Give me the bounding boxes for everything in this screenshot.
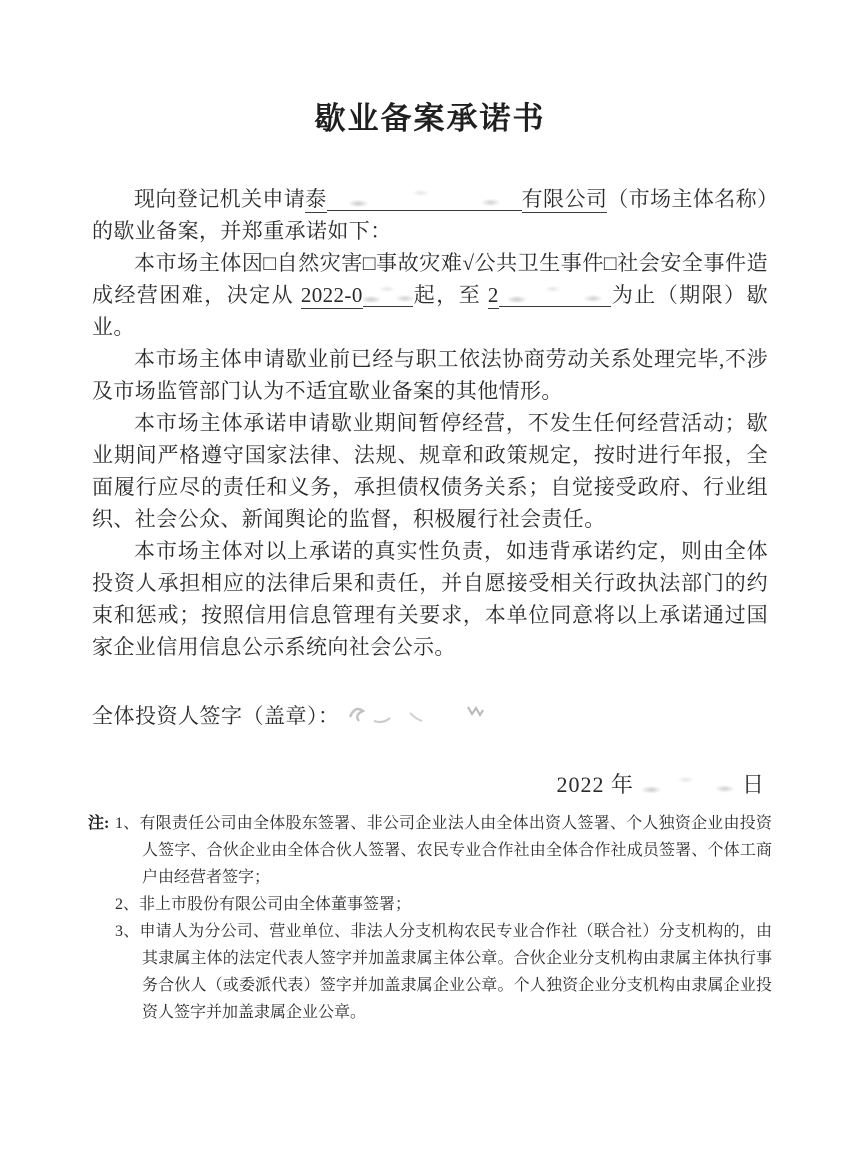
notes-section: 注: 1、有限责任公司由全体股东签署、非公司企业法人由全体出资人签署、个人独资企…	[88, 810, 772, 1026]
notes-label: 注:	[88, 810, 109, 837]
note-item-2: 2、非上市股份有限公司由全体董事签署；	[115, 891, 772, 918]
document-title: 歇业备案承诺书	[0, 100, 860, 138]
signature-row: 全体投资人签字（盖章）：	[92, 693, 860, 744]
paragraph-3: 本市场主体申请歇业前已经与职工依法协商劳动关系处理完毕,不涉及市场监管部门认为不…	[92, 343, 768, 407]
signature-smudge-icon	[340, 693, 510, 733]
underlined-text: 2022-0	[301, 283, 363, 309]
paragraph-4: 本市场主体承诺申请歇业期间暂停经营，不发生任何经营活动；歇业期间严格遵守国家法律…	[92, 407, 768, 535]
note-number: 1、	[115, 815, 139, 832]
date-month-day-redaction	[634, 772, 742, 796]
note-text: 有限责任公司由全体股东签署、非公司企业法人由全体出资人签署、个人独资企业由投资人…	[139, 815, 772, 886]
underlined-text: 2	[488, 283, 499, 309]
paragraph-2: 本市场主体因□自然灾害□事故灾难√公共卫生事件□社会安全事件造成经营困难，决定从…	[92, 247, 768, 343]
text-segment: 本市场主体承诺申请歇业期间暂停经营，不发生任何经营活动；歇业期间严格遵守国家法律…	[92, 411, 768, 531]
underlined-text: 泰	[305, 187, 326, 213]
note-text: 非上市股份有限公司由全体董事签署；	[139, 896, 411, 913]
date-row: 2022 年日	[0, 770, 765, 800]
note-text: 申请人为分公司、营业单位、非法人分支机构农民专业合作社（联合社）分支机构的，由其…	[139, 923, 772, 1021]
note-item-3: 3、申请人为分公司、营业单位、非法人分支机构农民专业合作社（联合社）分支机构的，…	[115, 918, 772, 1026]
note-number: 2、	[115, 896, 139, 913]
document-page: 歇业备案承诺书 现向登记机关申请泰有限公司（市场主体名称）的歇业备案，并郑重承诺…	[0, 0, 860, 1167]
signature-redacted	[340, 693, 510, 744]
document-body: 现向登记机关申请泰有限公司（市场主体名称）的歇业备案，并郑重承诺如下：本市场主体…	[92, 183, 768, 663]
paragraph-1: 现向登记机关申请泰有限公司（市场主体名称）的歇业备案，并郑重承诺如下：	[92, 183, 768, 247]
paragraph-5: 本市场主体对以上承诺的真实性负责，如违背承诺约定，则由全体投资人承担相应的法律后…	[92, 535, 768, 663]
text-segment: 现向登记机关申请	[134, 187, 305, 211]
underlined-text: 有限公司	[522, 187, 608, 213]
redaction-box	[499, 281, 611, 307]
signature-label: 全体投资人签字（盖章）：	[92, 704, 340, 728]
date-day-text: 日	[742, 772, 765, 797]
note-number: 3、	[115, 923, 139, 940]
date-year-text: 2022 年	[556, 772, 634, 797]
notes-list: 1、有限责任公司由全体股东签署、非公司企业法人由全体出资人签署、个人独资企业由投…	[115, 810, 772, 1026]
note-item-1: 1、有限责任公司由全体股东签署、非公司企业法人由全体出资人签署、个人独资企业由投…	[115, 810, 772, 891]
redaction-box	[327, 185, 522, 211]
redaction-box	[363, 281, 413, 307]
text-segment: 起，至	[413, 283, 488, 307]
text-segment: 本市场主体对以上承诺的真实性负责，如违背承诺约定，则由全体投资人承担相应的法律后…	[92, 539, 768, 659]
text-segment: 本市场主体申请歇业前已经与职工依法协商劳动关系处理完毕,不涉及市场监管部门认为不…	[92, 347, 768, 403]
